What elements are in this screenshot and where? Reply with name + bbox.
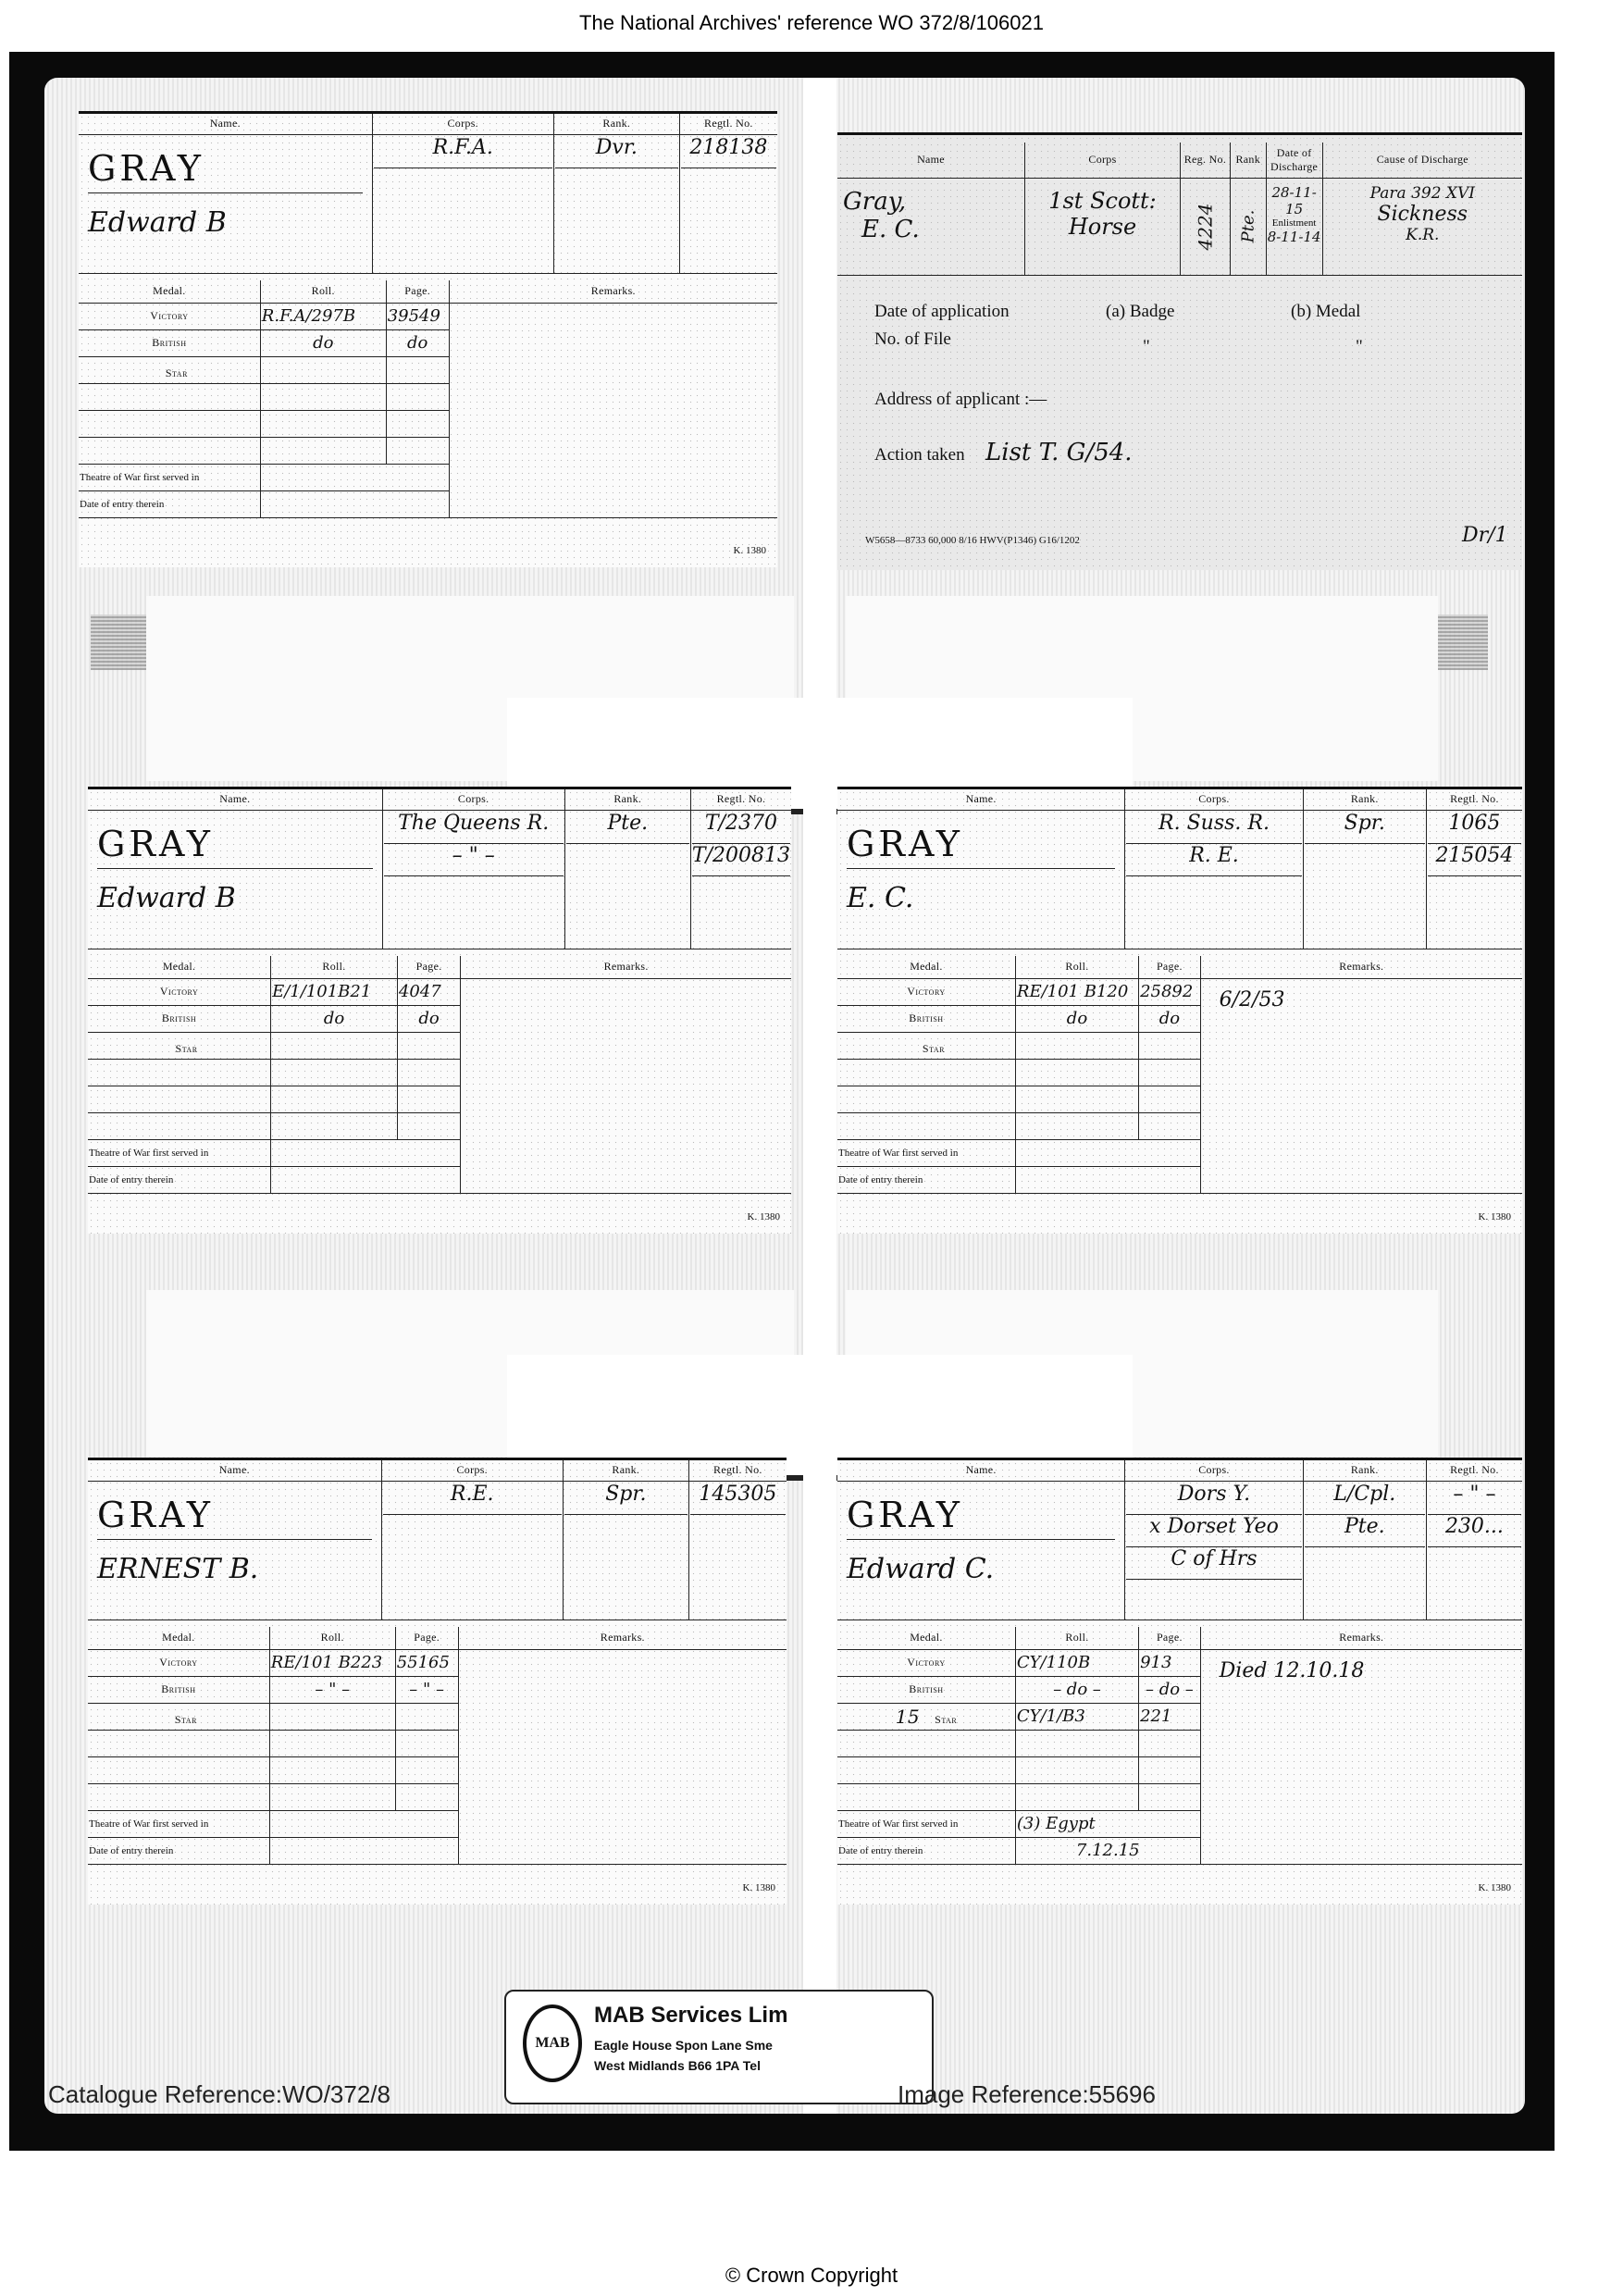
remarks-value: 6/2/53 [1200, 978, 1522, 1193]
form-code: K. 1380 [734, 545, 766, 556]
soldier-name: GRAY ERNEST B. [88, 1481, 381, 1620]
print-code: W5658—8733 60,000 8/16 HWV(P1346) G16/12… [865, 535, 1080, 546]
swb-header-table: Name Corps Reg. No. Rank Date of Dischar… [837, 143, 1522, 276]
form-code: K. 1380 [1479, 1211, 1511, 1222]
image-reference: Image Reference:55696 [898, 2080, 1156, 2109]
rank-values: Pte. [564, 810, 690, 949]
medal-index-card-2: Name. Corps. Rank. Regtl. No. GRAY Edwar… [88, 787, 791, 1234]
soldier-name: GRAY Edward B [88, 810, 382, 949]
card-top-table: Name. Corps. Rank. Regtl. No. GRAY E. C.… [837, 789, 1522, 949]
regtl-no-values: T/2370T/200813 [690, 810, 791, 949]
action-taken-label: Action taken [874, 445, 965, 465]
form-code: K. 1380 [748, 1211, 780, 1222]
card-top-table: Name. Corps. Rank. Regtl. No. GRAY Edwar… [79, 114, 777, 274]
card-top-table: Name. Corps. Rank. Regtl. No. GRAY Edwar… [837, 1460, 1522, 1620]
initials: Dr/1 [1462, 524, 1508, 547]
swb-rank: Pte. [1230, 178, 1266, 275]
remarks-value [461, 978, 791, 1193]
medal-label: (b) Medal [1291, 302, 1360, 322]
badge-label: (a) Badge [1106, 302, 1174, 322]
remarks-value [449, 303, 777, 517]
rank-values: Dvr. [553, 134, 679, 273]
crown-copyright: © Crown Copyright [0, 2264, 1623, 2288]
remarks-value [458, 1649, 787, 1864]
mab-logo-icon: MAB [523, 2004, 582, 2082]
swb-cause: Para 392 XVI Sickness K.R. [1322, 178, 1522, 275]
rank-values: Spr. [1303, 810, 1426, 949]
archive-reference-header: The National Archives' reference WO 372/… [0, 11, 1623, 35]
card-top-table: Name. Corps. Rank. Regtl. No. GRAY Edwar… [88, 789, 791, 949]
center-divider [803, 78, 836, 2114]
corps-values: R.F.A. [372, 134, 553, 273]
card-medal-table: Medal. Roll. Page. Remarks. Victory E/1/… [88, 956, 791, 1194]
swb-dates: 28-11-15 Enlistment 8-11-14 [1266, 178, 1322, 275]
medal-index-card-3: Name. Corps. Rank. Regtl. No. GRAY E. C.… [837, 787, 1522, 1234]
swb-reg-no: 4224 [1181, 178, 1231, 275]
corps-values: R. Suss. R.R. E. [1125, 810, 1303, 949]
card-medal-table: Medal. Roll. Page. Remarks. Victory CY/1… [837, 1627, 1522, 1865]
card-medal-table: Medal. Roll. Page. Remarks. Victory R.F.… [79, 280, 777, 518]
catalogue-reference: Catalogue Reference:WO/372/8 [48, 2080, 390, 2109]
remarks-value: Died 12.10.18 [1200, 1649, 1522, 1864]
regtl-no-values: 218138 [679, 134, 777, 273]
corps-values: Dors Y.x Dorset YeoC of Hrs [1125, 1481, 1303, 1620]
swb-corps: 1st Scott: Horse [1025, 178, 1181, 275]
soldier-name: GRAY Edward B [79, 134, 372, 273]
medal-index-card-4: Name. Corps. Rank. Regtl. No. GRAY ERNES… [88, 1458, 787, 1905]
form-code: K. 1380 [1479, 1882, 1511, 1893]
regtl-no-values: 145305 [688, 1481, 787, 1620]
mab-services-label: MAB MAB Services Lim Eagle House Spon La… [504, 1990, 934, 2104]
card-top-table: Name. Corps. Rank. Regtl. No. GRAY ERNES… [88, 1460, 787, 1620]
action-taken-value: List T. G/54. [985, 439, 1133, 466]
medal-index-card-5: Name. Corps. Rank. Regtl. No. GRAY Edwar… [837, 1458, 1522, 1905]
swb-name: Gray, E. C. [837, 178, 1025, 275]
corps-values: R.E. [381, 1481, 563, 1620]
soldier-name: GRAY E. C. [837, 810, 1125, 949]
silver-war-badge-card: Name Corps Reg. No. Rank Date of Dischar… [837, 132, 1522, 570]
form-code: K. 1380 [743, 1882, 775, 1893]
regtl-no-values: 1065215054 [1426, 810, 1522, 949]
regtl-no-values: – " –230... [1426, 1481, 1522, 1620]
date-of-application-label: Date of application [874, 302, 1010, 322]
medal-index-card-1: Name. Corps. Rank. Regtl. No. GRAY Edwar… [79, 111, 777, 567]
card-medal-table: Medal. Roll. Page. Remarks. Victory RE/1… [88, 1627, 787, 1865]
rank-values: L/Cpl.Pte. [1303, 1481, 1426, 1620]
rank-values: Spr. [563, 1481, 688, 1620]
corps-values: The Queens R.– " – [382, 810, 564, 949]
soldier-name: GRAY Edward C. [837, 1481, 1125, 1620]
address-of-applicant-label: Address of applicant :— [874, 390, 1047, 410]
no-of-file-label: No. of File [874, 329, 951, 350]
card-medal-table: Medal. Roll. Page. Remarks. Victory RE/1… [837, 956, 1522, 1194]
